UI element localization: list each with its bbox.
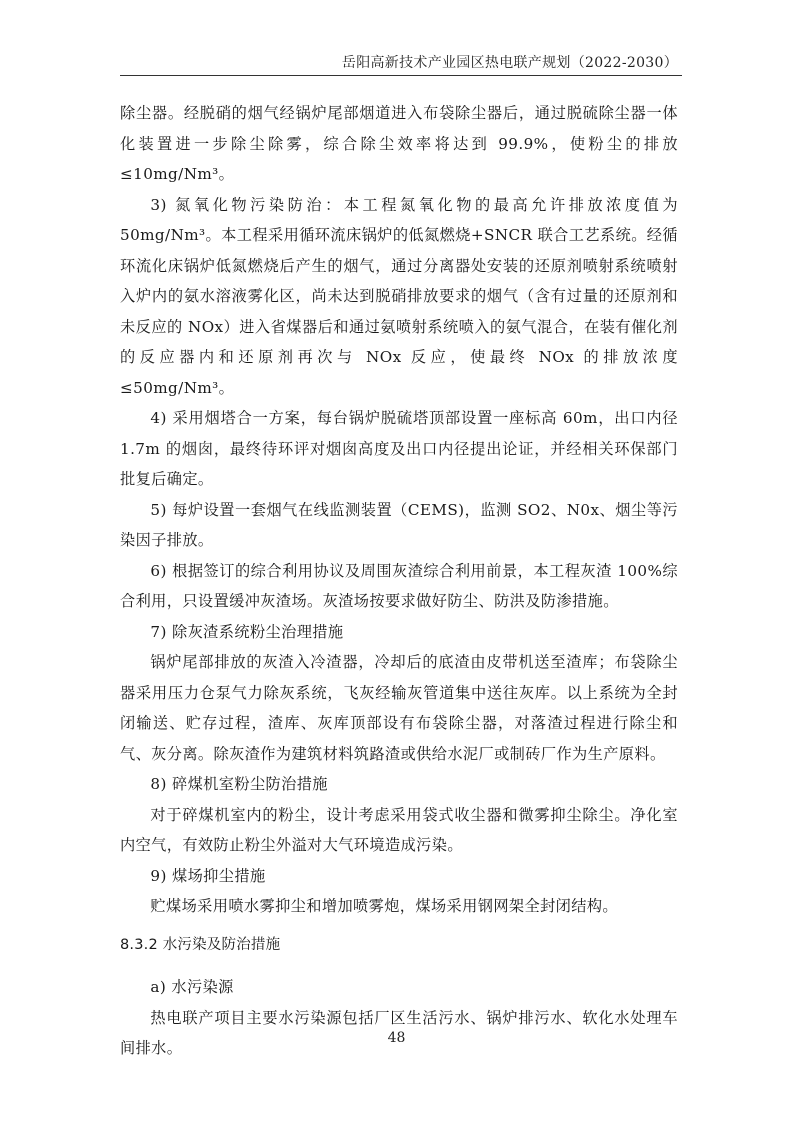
paragraph-item-8-body: 对于碎煤机室内的粉尘，设计考虑采用袋式收尘器和微雾抑尘除尘。净化室内空气，有效防… bbox=[120, 800, 678, 861]
paragraph-item-9-body: 贮煤场采用喷水雾抑尘和增加喷雾炮，煤场采用钢网架全封闭结构。 bbox=[120, 891, 678, 922]
section-heading: 8.3.2 水污染及防治措施 bbox=[120, 930, 678, 961]
page-header-title: 岳阳高新技术产业园区热电联产规划（2022-2030） bbox=[342, 52, 678, 72]
subheading-a: a) 水污染源 bbox=[120, 972, 678, 1003]
subheading-item-8: 8) 碎煤机室粉尘防治措施 bbox=[120, 769, 678, 800]
paragraph-item-7-body: 锅炉尾部排放的灰渣入冷渣器，冷却后的底渣由皮带机送至渣库；布袋除尘器采用压力仓泵… bbox=[120, 647, 678, 769]
subheading-item-7: 7) 除灰渣系统粉尘治理措施 bbox=[120, 617, 678, 648]
paragraph-item-3: 3) 氮氧化物污染防治：本工程氮氧化物的最高允许排放浓度值为 50mg/Nm³。… bbox=[120, 190, 678, 404]
document-body: 除尘器。经脱硝的烟气经锅炉尾部烟道进入布袋除尘器后，通过脱硫除尘器一体化装置进一… bbox=[120, 98, 678, 1064]
subheading-item-9: 9) 煤场抑尘措施 bbox=[120, 861, 678, 892]
paragraph-continuation: 除尘器。经脱硝的烟气经锅炉尾部烟道进入布袋除尘器后，通过脱硫除尘器一体化装置进一… bbox=[120, 98, 678, 190]
page-number: 48 bbox=[0, 1030, 793, 1046]
header-rule bbox=[120, 75, 682, 76]
paragraph-item-5: 5) 每炉设置一套烟气在线监测装置（CEMS)，监测 SO2、N0x、烟尘等污染… bbox=[120, 495, 678, 556]
paragraph-item-6: 6) 根据签订的综合利用协议及周围灰渣综合利用前景，本工程灰渣 100%综合利用… bbox=[120, 556, 678, 617]
paragraph-item-4: 4) 采用烟塔合一方案，每台锅炉脱硫塔顶部设置一座标高 60m，出口内径 1.7… bbox=[120, 403, 678, 495]
